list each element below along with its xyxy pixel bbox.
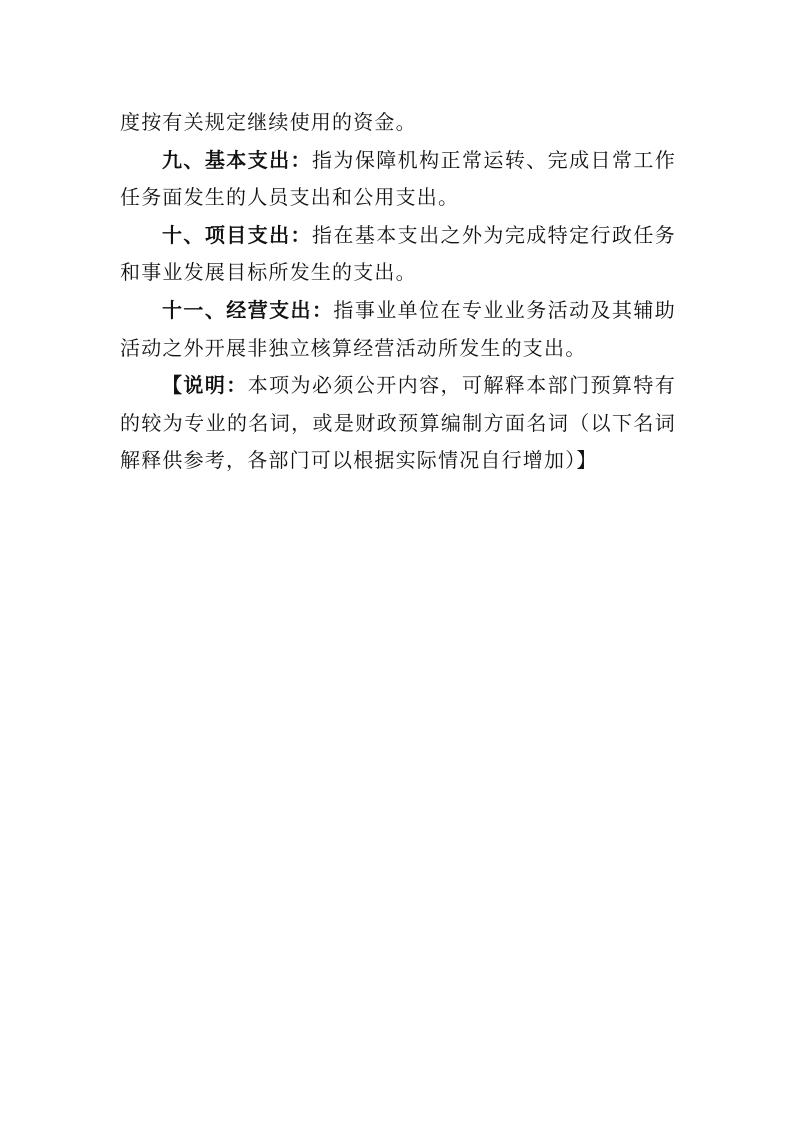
term-heading: 九、基本支出： [162, 148, 312, 172]
paragraph-explanation-note: 【说明：本项为必须公开内容，可解释本部门预算特有的较为专业的名词，或是财政预算编… [120, 367, 676, 480]
paragraph-project-expenditure: 十、项目支出：指在基本支出之外为完成特定行政任务和事业发展目标所发生的支出。 [120, 217, 676, 292]
paragraph-text: 度按有关规定继续使用的资金。 [120, 110, 417, 134]
note-heading: 【说明： [162, 373, 248, 397]
paragraph-continuation: 度按有关规定继续使用的资金。 [120, 104, 676, 142]
document-page: 度按有关规定继续使用的资金。 九、基本支出：指为保障机构正常运转、完成日常工作任… [120, 104, 676, 480]
term-heading: 十、项目支出： [162, 223, 312, 247]
paragraph-basic-expenditure: 九、基本支出：指为保障机构正常运转、完成日常工作任务面发生的人员支出和公用支出。 [120, 142, 676, 217]
term-heading: 十一、经营支出： [162, 298, 333, 322]
paragraph-operating-expenditure: 十一、经营支出：指事业单位在专业业务活动及其辅助活动之外开展非独立核算经营活动所… [120, 292, 676, 367]
